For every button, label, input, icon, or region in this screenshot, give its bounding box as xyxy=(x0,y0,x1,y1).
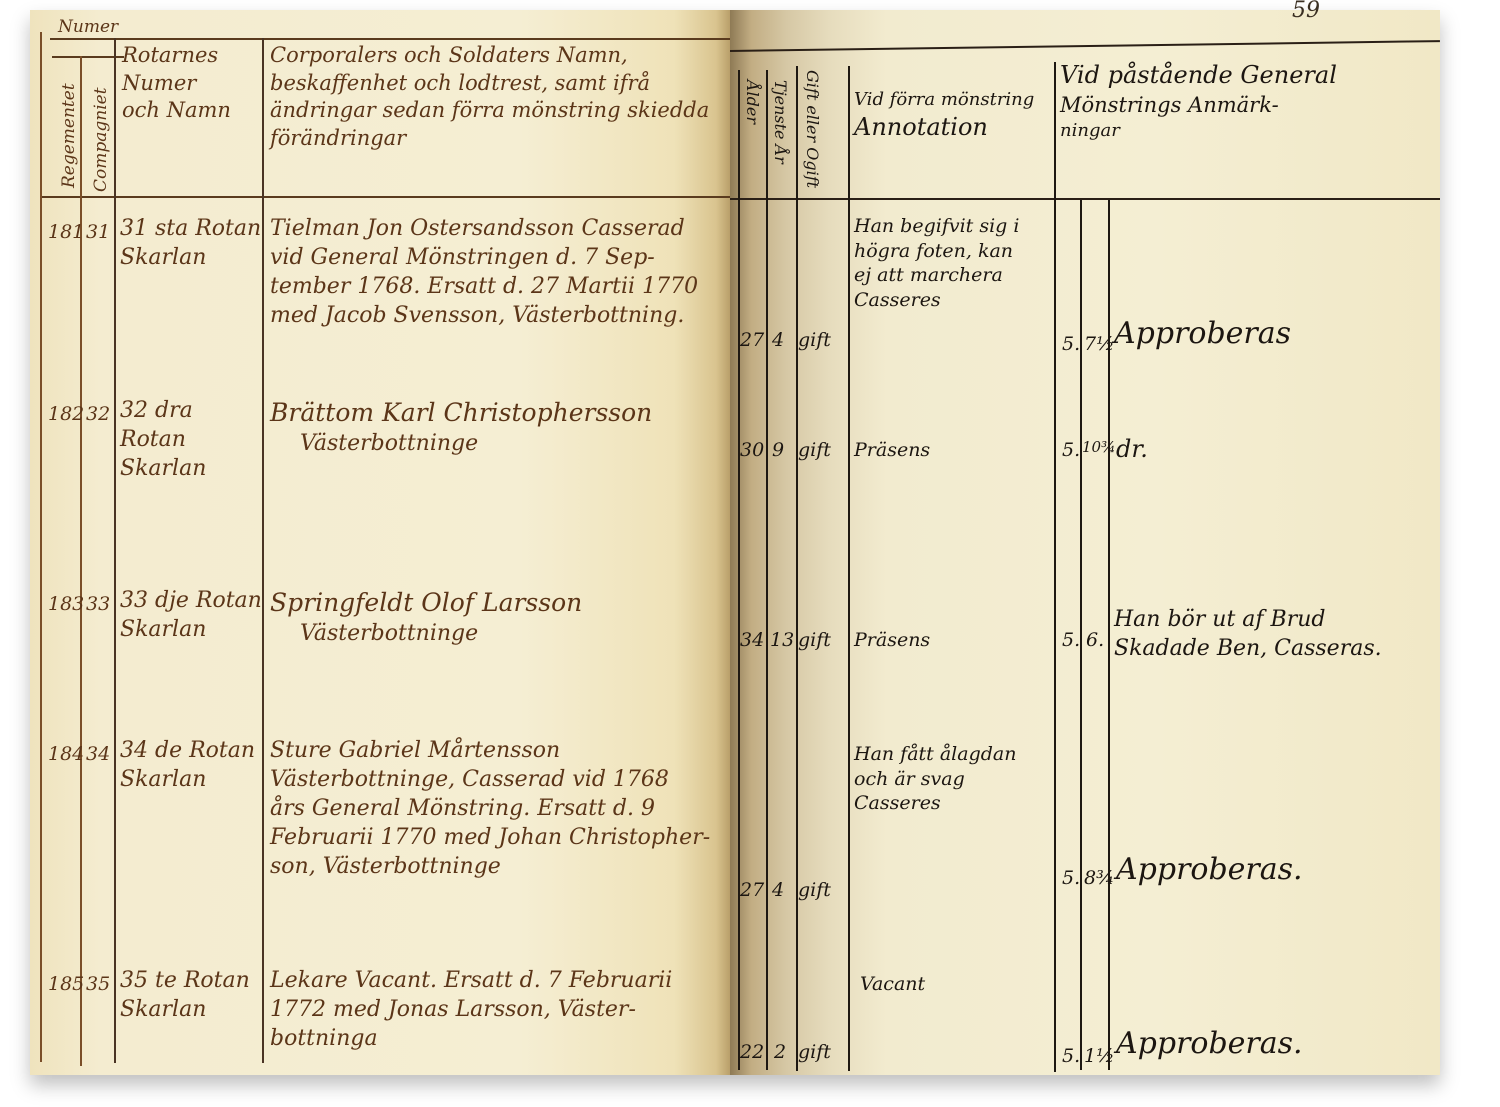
service-years: 4 xyxy=(772,878,784,903)
marital-status: gift xyxy=(798,1040,831,1065)
marital-status: gift xyxy=(798,438,831,463)
annotation-line: Han begifvit sig i xyxy=(854,214,1054,239)
age: 34 xyxy=(740,628,764,653)
compagni-col-rule xyxy=(114,38,116,1063)
header-tjenste-ar: Tjenste År xyxy=(770,80,791,190)
header-corporalers-line1: Corporalers och Soldaters Namn, xyxy=(270,42,720,70)
annotation-line: ej att marchera xyxy=(854,263,1054,288)
annotation: Präsens xyxy=(854,628,1054,653)
compagni-number: 34 xyxy=(86,742,110,767)
header-top-rule xyxy=(50,38,730,40)
annotation-line: Präsens xyxy=(854,628,1054,653)
remarks-col-rule xyxy=(1054,62,1056,1072)
header-numer: Numer xyxy=(58,16,118,38)
entry-line: Västerbottninge xyxy=(270,619,725,648)
header-corporalers-line3: ändringar sedan förra mönstring skiedda xyxy=(270,97,720,125)
entry-line: Västerbottninge xyxy=(270,429,725,458)
header-rotarnes-line1: Rotarnes Numer xyxy=(122,42,262,97)
annotation-col-rule xyxy=(848,66,850,1071)
remark: Approberas xyxy=(1114,314,1291,354)
rota-line1: 34 de Rotan xyxy=(120,736,265,765)
marital-status: gift xyxy=(798,328,831,353)
rota-line1: 35 te Rotan xyxy=(120,966,265,995)
entry-line: 1772 med Jonas Larsson, Väster- xyxy=(270,995,725,1024)
soldier-entry: Tielman Jon Ostersandsson Casserad vid G… xyxy=(270,214,725,330)
height-feet: 5. xyxy=(1062,866,1080,891)
entry-line: vid General Mönstringen d. 7 Sep- xyxy=(270,243,725,272)
rota-name: 32 dra Rotan Skarlan xyxy=(120,396,265,483)
header-remarquer-line2: Mönstrings Anmärk- xyxy=(1060,92,1430,120)
rota-line2: Skarlan xyxy=(120,454,265,483)
entry-line: Västerbottninge, Casserad vid 1768 xyxy=(270,765,725,794)
annotation-line: Präsens xyxy=(854,438,1054,463)
status-col-rule xyxy=(796,66,798,1071)
annotation-line: och är svag xyxy=(854,767,1054,792)
page-number: 59 xyxy=(1292,0,1320,23)
regement-number: 185 xyxy=(48,972,84,997)
soldier-entry: Brättom Karl Christophersson Västerbottn… xyxy=(270,396,725,458)
height-inches: 10¾ xyxy=(1082,438,1116,458)
header-alder: Ålder xyxy=(742,80,763,190)
height-feet: 5. xyxy=(1062,1044,1080,1069)
header-gift-ogift: Gift eller Ogift xyxy=(802,70,823,195)
header-top-rule xyxy=(730,40,1440,52)
header-regementet: Regementet xyxy=(58,68,80,188)
remark: Approberas. xyxy=(1116,1024,1303,1064)
annotation: Han begifvit sig i högra foten, kan ej a… xyxy=(854,214,1054,313)
header-remarquer-line3: ningar xyxy=(1060,119,1430,143)
rota-line2: Skarlan xyxy=(120,995,265,1024)
height-feet: 5. xyxy=(1062,332,1080,357)
entry-line: års General Mönstring. Ersatt d. 9 xyxy=(270,794,725,823)
rota-name: 35 te Rotan Skarlan xyxy=(120,966,265,1024)
service-years: 9 xyxy=(772,438,784,463)
age: 30 xyxy=(740,438,764,463)
annotation: Han fått ålagdan och är svag Casseres xyxy=(854,742,1054,816)
header-rotarnes-line2: och Namn xyxy=(122,97,262,125)
remark: dr. xyxy=(1116,434,1148,466)
rota-line2: Skarlan xyxy=(120,243,265,272)
annotation-line: Han fått ålagdan xyxy=(854,742,1054,767)
annotation-line: högra foten, kan xyxy=(854,239,1054,264)
remark: Approberas. xyxy=(1116,850,1303,890)
compagni-number: 32 xyxy=(86,402,110,427)
entry-line: tember 1768. Ersatt d. 27 Martii 1770 xyxy=(270,272,725,301)
annotation-line: Casseres xyxy=(854,288,1054,313)
rota-line1: 33 dje Rotan xyxy=(120,586,265,615)
height-feet: 5. xyxy=(1062,438,1080,463)
age: 22 xyxy=(740,1040,764,1065)
header-corporalers: Corporalers och Soldaters Namn, beskaffe… xyxy=(270,42,720,153)
right-page: 59 Ålder Tjenste År Gift eller Ogift Vid… xyxy=(730,10,1440,1075)
service-col-rule xyxy=(766,70,768,1070)
annotation: Vacant xyxy=(860,972,1060,997)
height-in-col-rule xyxy=(1108,200,1110,1070)
entry-line: Tielman Jon Ostersandsson Casserad xyxy=(270,214,725,243)
header-annotation-line1: Vid förra mönstring xyxy=(854,88,1054,112)
header-rotarnes: Rotarnes Numer och Namn xyxy=(122,42,262,125)
compagni-number: 35 xyxy=(86,972,110,997)
marital-status: gift xyxy=(798,628,831,653)
height-feet: 5. xyxy=(1062,628,1080,653)
annotation-line: Casseres xyxy=(854,791,1054,816)
entry-line: Springfeldt Olof Larsson xyxy=(270,586,725,619)
entry-line: med Jacob Svensson, Västerbottning. xyxy=(270,301,725,330)
entry-line: Brättom Karl Christophersson xyxy=(270,396,725,429)
height-inches: 6. xyxy=(1086,628,1104,653)
annotation-line: Vacant xyxy=(860,972,1060,997)
header-compagniet: Compagniet xyxy=(90,62,112,192)
rota-line1: 32 dra Rotan xyxy=(120,396,265,454)
header-annotation: Vid förra mönstring Annotation xyxy=(854,88,1054,143)
soldier-entry: Springfeldt Olof Larsson Västerbottninge xyxy=(270,586,725,648)
regement-number: 184 xyxy=(48,742,84,767)
annotation: Präsens xyxy=(854,438,1054,463)
left-page: Numer Regementet Compagniet Rotarnes Num… xyxy=(30,10,730,1075)
rota-col-rule xyxy=(262,38,264,1063)
entry-line: Sture Gabriel Mårtensson xyxy=(270,736,725,765)
header-remarquer: Vid påstående General Mönstrings Anmärk-… xyxy=(1060,60,1430,143)
compagni-number: 33 xyxy=(86,592,110,617)
header-annotation-line2: Annotation xyxy=(854,112,1054,144)
service-years: 4 xyxy=(772,328,784,353)
soldier-entry: Sture Gabriel Mårtensson Västerbottninge… xyxy=(270,736,725,881)
regement-number: 181 xyxy=(48,220,84,245)
height-inches: 1½ xyxy=(1084,1044,1115,1069)
rota-line1: 31 sta Rotan xyxy=(120,214,265,243)
soldier-entry: Lekare Vacant. Ersatt d. 7 Februarii 177… xyxy=(270,966,725,1053)
header-corporalers-line2: beskaffenhet och lodtrest, samt ifrå xyxy=(270,70,720,98)
rota-name: 34 de Rotan Skarlan xyxy=(120,736,265,794)
age: 27 xyxy=(740,878,764,903)
header-corporalers-line4: förändringar xyxy=(270,125,720,153)
header-bottom-rule xyxy=(730,198,1440,200)
remark: Han bör ut af Brud Skadade Ben, Casseras… xyxy=(1114,606,1414,663)
age-col-rule-left xyxy=(738,70,740,1070)
regement-col-rule xyxy=(80,56,82,1066)
compagni-number: 31 xyxy=(86,220,110,245)
marital-status: gift xyxy=(798,878,831,903)
service-years: 13 xyxy=(770,628,794,653)
entry-line: bottninga xyxy=(270,1024,725,1053)
rota-name: 31 sta Rotan Skarlan xyxy=(120,214,265,272)
entry-line: Februarii 1770 med Johan Christopher- xyxy=(270,823,725,852)
header-remarquer-line1: Vid påstående General xyxy=(1060,60,1430,92)
regement-number: 182 xyxy=(48,402,84,427)
header-bottom-rule xyxy=(40,196,730,198)
entry-line: Lekare Vacant. Ersatt d. 7 Februarii xyxy=(270,966,725,995)
height-ft-col-rule xyxy=(1080,200,1082,1070)
ledger-book: Numer Regementet Compagniet Rotarnes Num… xyxy=(30,10,1440,1075)
height-inches: 7½ xyxy=(1084,332,1115,357)
margin-rule xyxy=(40,32,42,1062)
age: 27 xyxy=(740,328,764,353)
rota-line2: Skarlan xyxy=(120,615,265,644)
height-inches: 8¾ xyxy=(1084,866,1115,891)
entry-line: son, Västerbottninge xyxy=(270,852,725,881)
rota-name: 33 dje Rotan Skarlan xyxy=(120,586,265,644)
regement-number: 183 xyxy=(48,592,84,617)
service-years: 2 xyxy=(774,1040,786,1065)
rota-line2: Skarlan xyxy=(120,765,265,794)
